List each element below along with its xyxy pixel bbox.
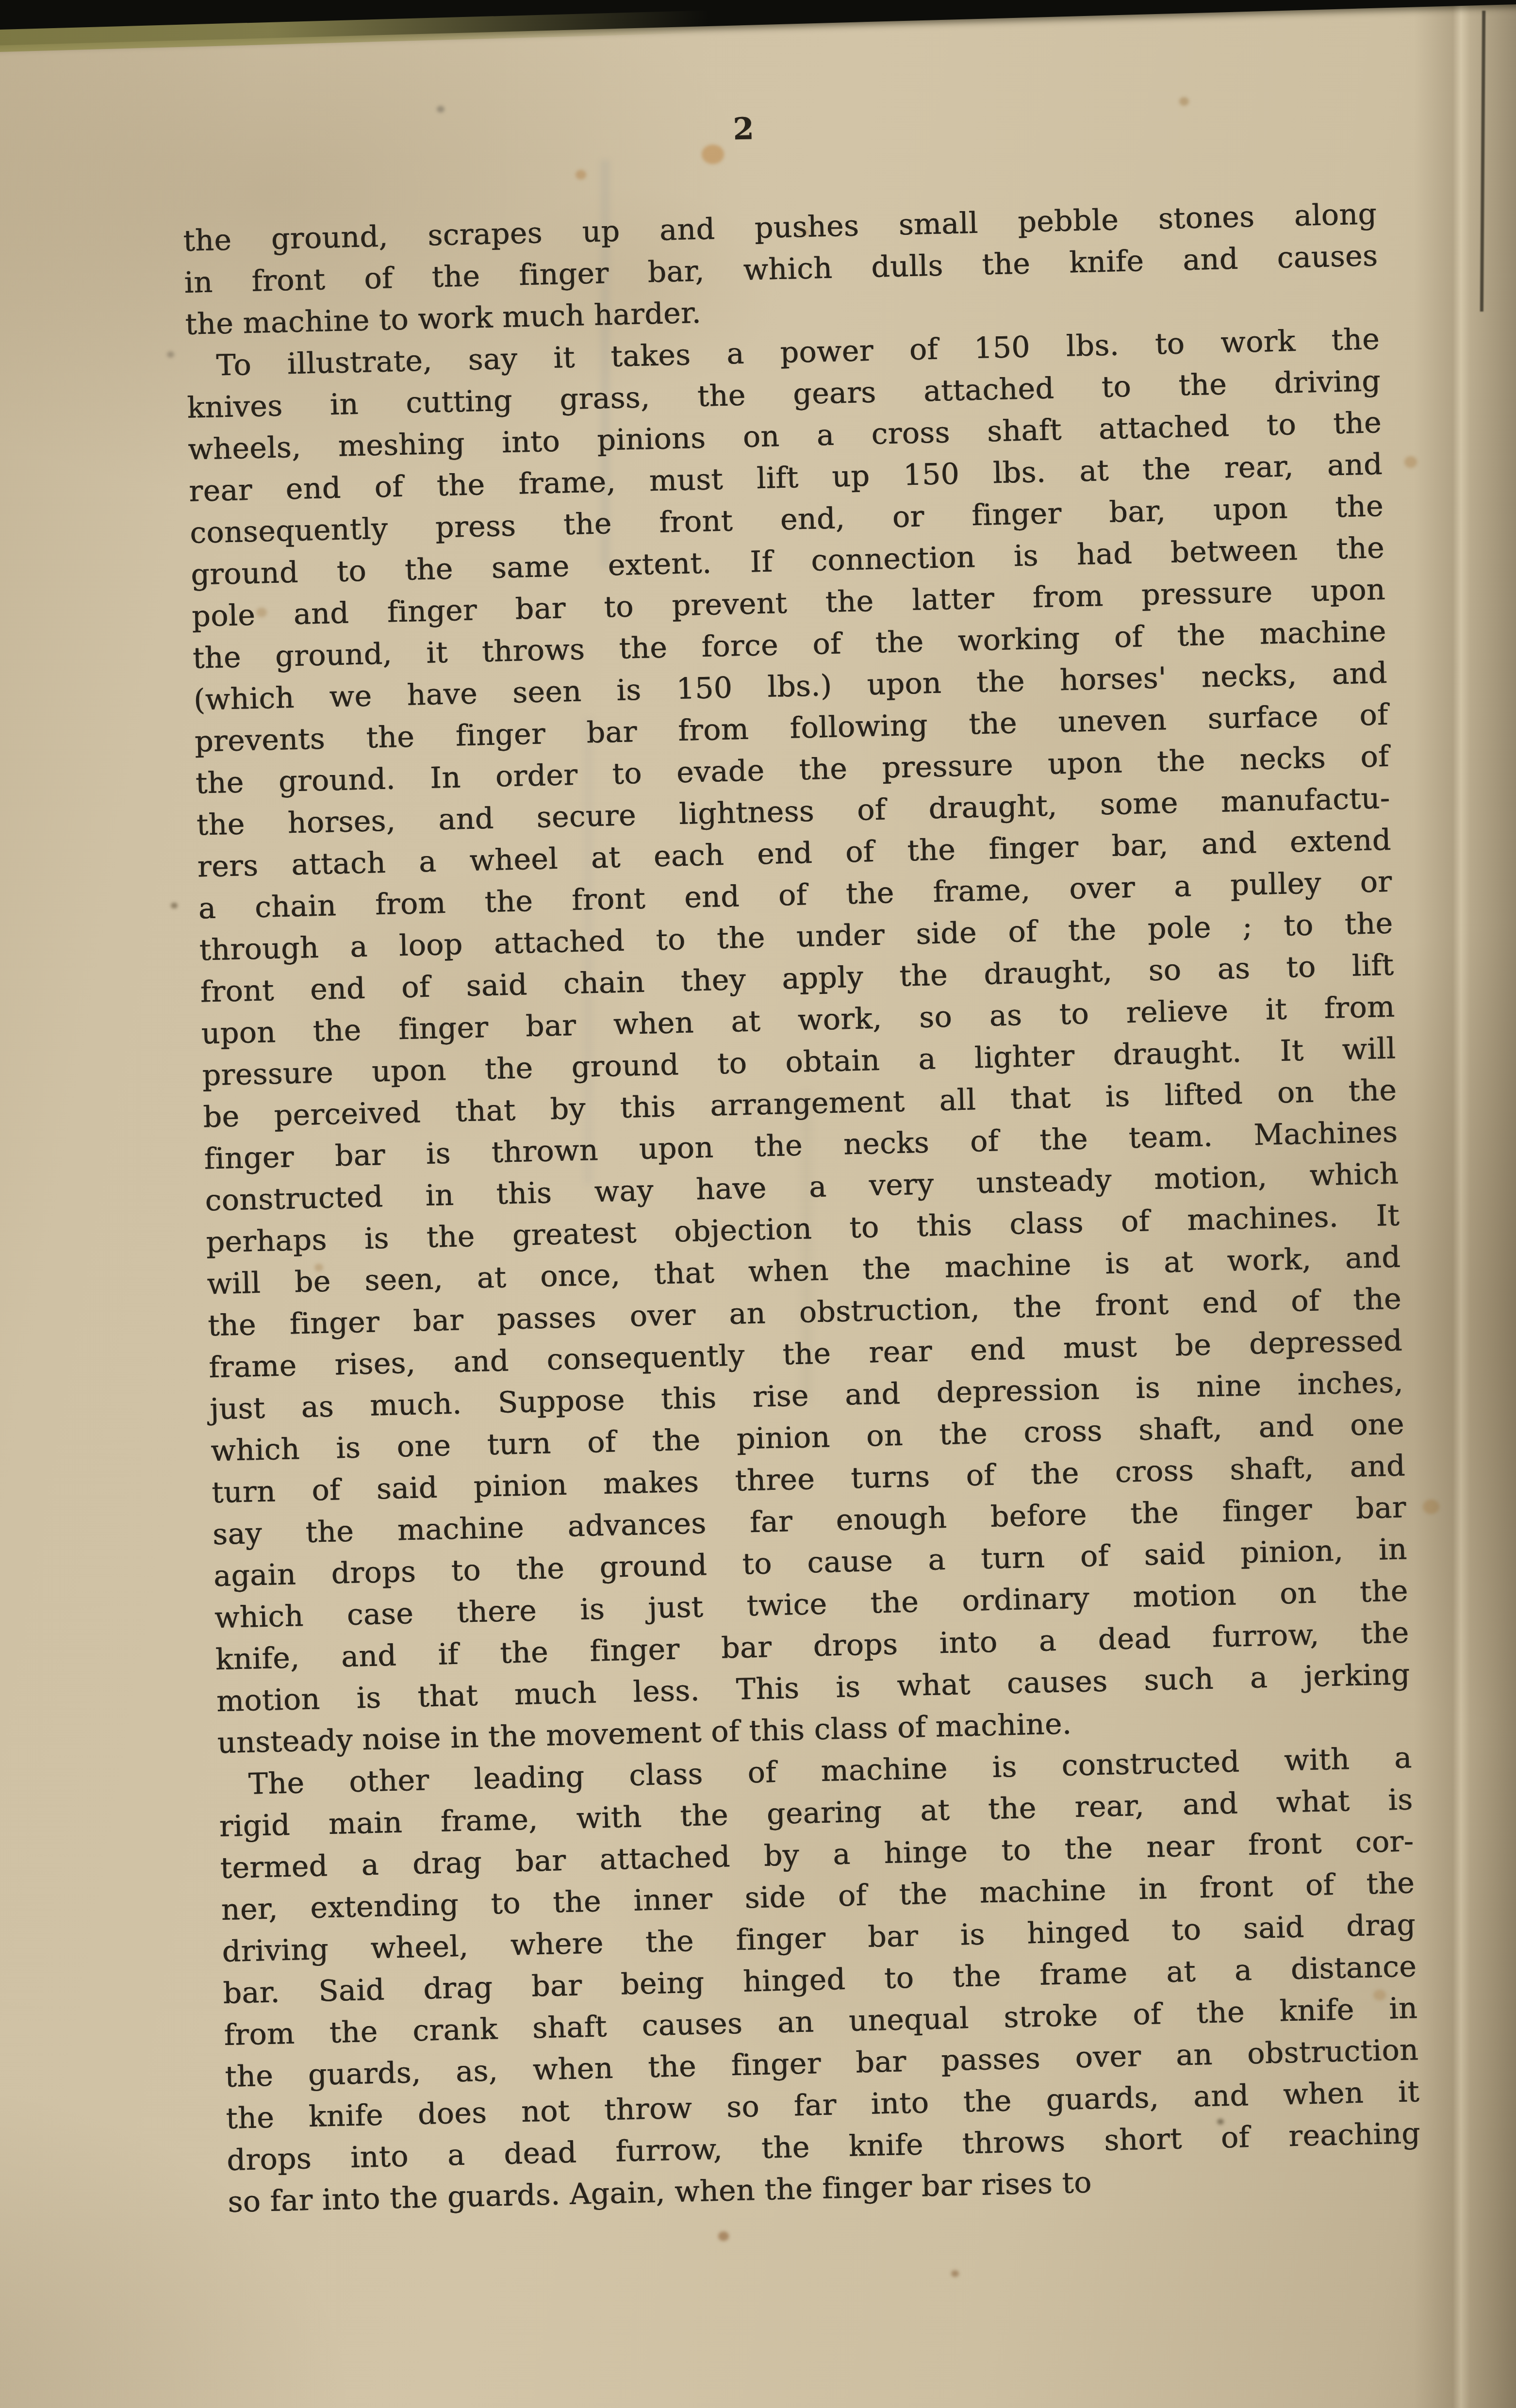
scanned-book-page: 2 the ground, scrapes up and pushes smal… [0,0,1516,2408]
paragraph: To illustrate, say it takes a power of 1… [186,318,1412,1764]
paper-page: 2 the ground, scrapes up and pushes smal… [0,0,1516,2408]
page-text-block: 2 the ground, scrapes up and pushes smal… [181,93,1422,2223]
gutter-shadow [1414,0,1516,2408]
paragraph: The other leading class of machine is co… [218,1737,1422,2223]
paragraphs: the ground, scrapes up and pushes small … [183,193,1422,2223]
